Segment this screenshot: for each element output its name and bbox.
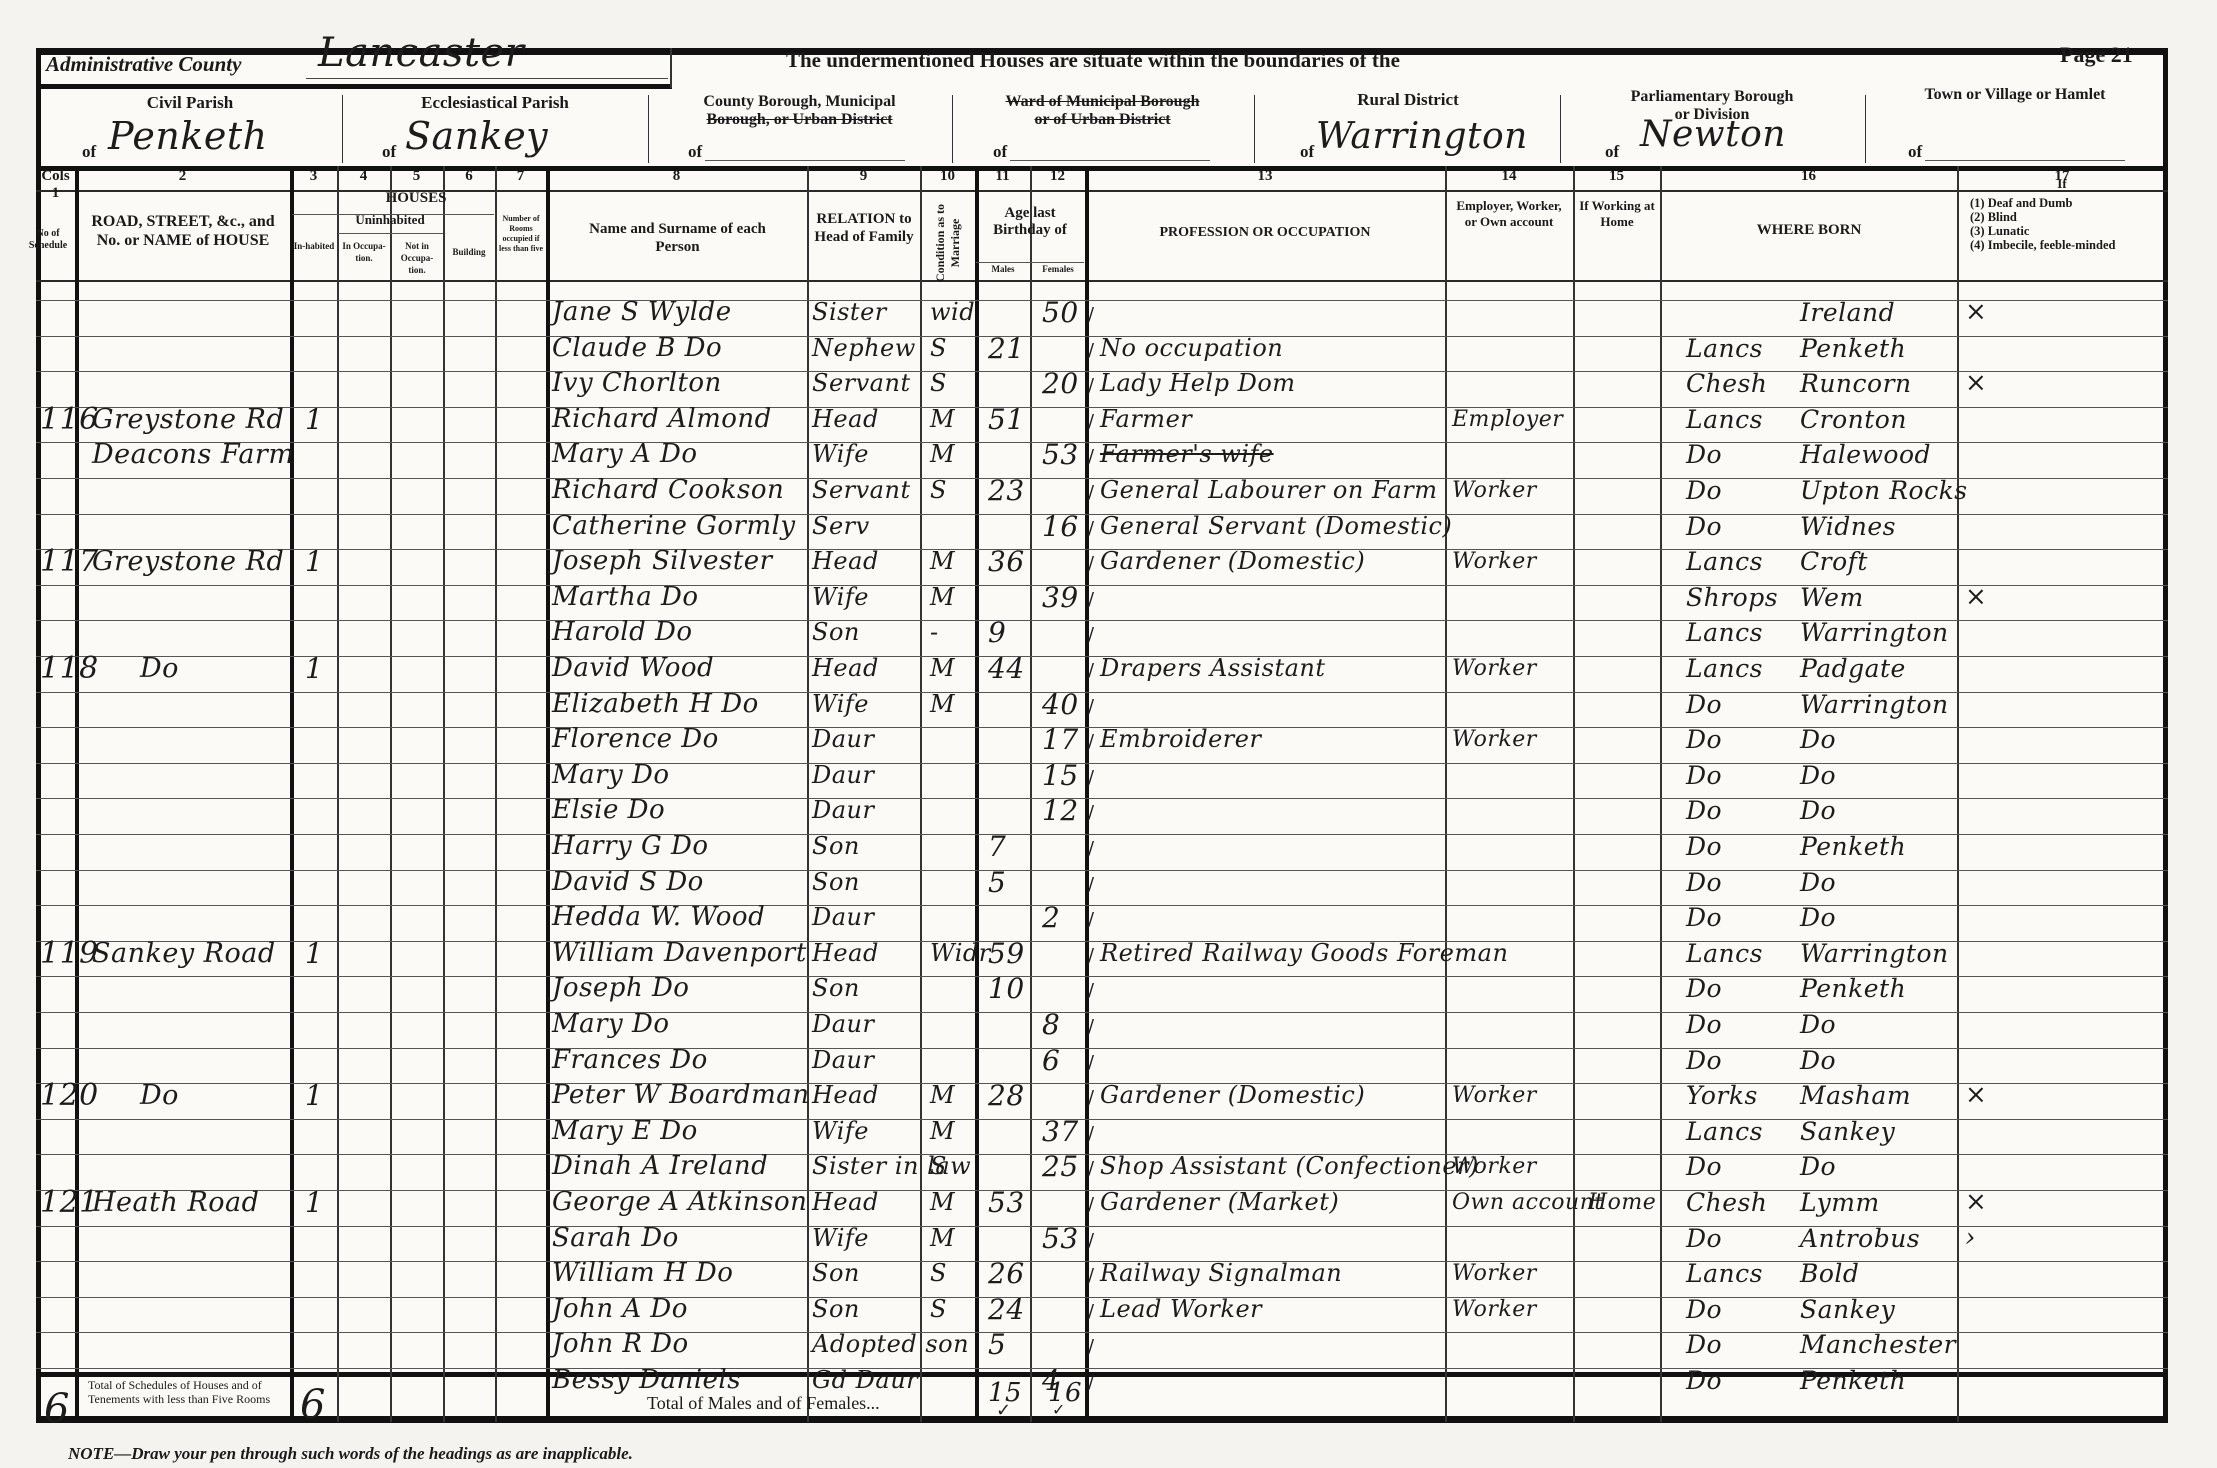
male-age: 23 xyxy=(988,474,1025,507)
birth-county: Do xyxy=(1686,901,1722,934)
marital-condition: M xyxy=(930,1222,955,1255)
person-name: Peter W Boardman xyxy=(552,1079,809,1112)
person-name: Mary Do xyxy=(552,759,670,792)
row-rule xyxy=(36,1012,2168,1013)
schedule-number: 119 xyxy=(40,937,99,970)
marital-condition: M xyxy=(930,581,955,614)
county-borough-label-line1: County Borough, Municipal xyxy=(703,93,895,110)
birth-county: Do xyxy=(1686,1293,1722,1326)
check-tick-icon: / xyxy=(1088,1010,1094,1043)
employment-status: Worker xyxy=(1452,545,1537,578)
birth-place: Penketh xyxy=(1800,830,1906,863)
person-name: Elsie Do xyxy=(552,794,665,827)
check-tick-icon: / xyxy=(1088,868,1094,901)
column-divider xyxy=(390,166,392,1422)
col-address-heading: ROAD, STREET, &c., and No. or NAME of HO… xyxy=(78,212,288,250)
check-tick-icon: / xyxy=(1088,298,1094,331)
working-at-home: Home xyxy=(1588,1186,1656,1219)
birth-place: Sankey xyxy=(1800,1293,1895,1326)
age-subrule xyxy=(976,262,1084,263)
birth-place: Warrington xyxy=(1800,688,1949,721)
occupation: Railway Signalman xyxy=(1100,1257,1342,1290)
col-where-born-heading: WHERE BORN xyxy=(1665,222,1953,239)
check-tick-icon: / xyxy=(1088,725,1094,758)
check-tick-icon: / xyxy=(1088,690,1094,723)
relation: Son xyxy=(812,1293,860,1326)
relation: Son xyxy=(812,1257,860,1290)
admin-county-underline xyxy=(306,78,668,79)
page-number: Page 21 xyxy=(2060,42,2133,68)
col-employment-heading: Employer, Worker, or Own account xyxy=(1450,198,1568,230)
person-name: David Wood xyxy=(552,652,714,685)
col-infirmity-heading: (1) Deaf and Dumb (2) Blind (3) Lunatic … xyxy=(1970,196,2160,252)
schedule-number: 118 xyxy=(40,652,99,685)
check-tick-icon: / xyxy=(1088,369,1094,402)
female-age: 12 xyxy=(1042,794,1079,827)
column-number: 15 xyxy=(1573,168,1660,185)
birth-county: Do xyxy=(1686,759,1722,792)
column-number: 16 xyxy=(1660,168,1957,185)
birth-place: Halewood xyxy=(1800,438,1931,471)
birth-place: Do xyxy=(1800,866,1836,899)
address: Do xyxy=(140,652,179,685)
person-name: Harry G Do xyxy=(552,830,709,863)
column-number: 4 xyxy=(337,168,390,185)
column-divider xyxy=(920,166,922,1422)
row-rule xyxy=(36,763,2168,764)
employment-status: Worker xyxy=(1452,652,1537,685)
column-number: 13 xyxy=(1085,168,1445,185)
footer-note: NOTE—Draw your pen through such words of… xyxy=(68,1444,633,1464)
check-tick-icon: / xyxy=(1088,476,1094,509)
ward-label-line2: or of Urban District xyxy=(1034,111,1170,128)
person-name: John R Do xyxy=(552,1328,689,1361)
header-title: The undermentioned Houses are situate wi… xyxy=(786,48,1400,73)
column-number: Cols 1 xyxy=(36,168,75,202)
column-number: 9 xyxy=(807,168,920,185)
male-age: 21 xyxy=(988,332,1025,365)
birth-county: Do xyxy=(1686,866,1722,899)
address: Heath Road xyxy=(92,1186,259,1219)
relation: Head xyxy=(812,1186,879,1219)
birth-county: Chesh xyxy=(1686,367,1767,400)
schedule-number: 116 xyxy=(40,403,99,436)
female-age: 53 xyxy=(1042,1222,1079,1255)
schedule-number: 120 xyxy=(40,1079,99,1112)
total-schedules-label: Total of Schedules of Houses and of Tene… xyxy=(88,1378,288,1406)
check-tick-icon: / xyxy=(1088,512,1094,545)
marital-condition: M xyxy=(930,1186,955,1219)
female-age: 37 xyxy=(1042,1115,1079,1148)
birth-place: Do xyxy=(1800,1044,1836,1077)
col-schedule-heading: No of Schedule xyxy=(22,228,74,252)
ecclesiastical-parish-label: Ecclesiastical Parish xyxy=(345,93,645,113)
check-tick-icon: / xyxy=(1088,440,1094,473)
col-rooms-heading: Number of Rooms occupied if less than fi… xyxy=(497,214,545,254)
male-age: 24 xyxy=(988,1293,1025,1326)
employment-status: Worker xyxy=(1452,723,1537,756)
birth-place: Penketh xyxy=(1800,1364,1906,1397)
person-name: Claude B Do xyxy=(552,332,722,365)
person-name: William Davenport xyxy=(552,937,807,970)
birth-place: Padgate xyxy=(1800,652,1906,685)
col-in-occupation-heading: In Occupa-tion. xyxy=(340,240,388,264)
person-name: Joseph Do xyxy=(552,972,689,1005)
marital-condition: M xyxy=(930,688,955,721)
col-infirmity-if: If xyxy=(1962,176,2162,192)
birth-place: Wem xyxy=(1800,581,1864,614)
ward-blank xyxy=(1010,160,1210,161)
ecclesiastical-parish-value: Sankey xyxy=(405,114,548,158)
column-divider xyxy=(546,166,550,1422)
marital-condition: M xyxy=(930,1115,955,1148)
relation: Daur xyxy=(812,759,874,792)
marital-condition: M xyxy=(930,403,955,436)
employment-status: Worker xyxy=(1452,1079,1537,1112)
divider xyxy=(1865,95,1866,163)
person-name: Mary A Do xyxy=(552,438,698,471)
infirmity-mark: × xyxy=(1965,367,1987,400)
employment-status: Worker xyxy=(1452,1150,1537,1183)
person-name: Sarah Do xyxy=(552,1222,679,1255)
birth-county: Do xyxy=(1686,688,1722,721)
col-inhabited-heading: In-habited xyxy=(292,240,336,252)
relation: Nephew xyxy=(812,332,916,365)
birth-county: Chesh xyxy=(1686,1186,1767,1219)
town-village-label: Town or Village or Hamlet xyxy=(1870,86,2160,104)
infirmity-option-4: (4) Imbecile, feeble-minded xyxy=(1970,238,2160,252)
female-age: 17 xyxy=(1042,723,1079,756)
relation: Son xyxy=(812,972,860,1005)
check-tick-icon: / xyxy=(1088,1295,1094,1328)
relation: Son xyxy=(812,866,860,899)
female-age: 40 xyxy=(1042,688,1079,721)
column-number: 5 xyxy=(390,168,443,185)
civil-parish-value: Penketh xyxy=(108,114,268,158)
check-tick-icon: / xyxy=(1088,832,1094,865)
col-females-heading: Females xyxy=(1031,264,1085,274)
person-name: Richard Cookson xyxy=(552,474,784,507)
column-number: 7 xyxy=(495,168,546,185)
employment-status: Worker xyxy=(1452,1293,1537,1326)
row-rule xyxy=(36,1048,2168,1049)
column-divider xyxy=(495,166,497,1422)
birth-place: Cronton xyxy=(1800,403,1907,436)
birth-county: Lancs xyxy=(1686,1115,1763,1148)
inhabited-count: 1 xyxy=(305,1079,323,1112)
relation: Daur xyxy=(812,1008,874,1041)
county-borough-label-line2: Borough, or Urban District xyxy=(706,111,892,128)
birth-place: Bold xyxy=(1800,1257,1859,1290)
ward-label: Ward of Municipal Boroughor of Urban Dis… xyxy=(955,93,1250,129)
relation: Daur xyxy=(812,901,874,934)
person-name: Richard Almond xyxy=(552,403,772,436)
female-age: 2 xyxy=(1042,901,1060,934)
inhabited-count: 1 xyxy=(305,403,323,436)
column-divider xyxy=(75,166,79,1422)
employment-status: Own account xyxy=(1452,1186,1604,1219)
column-number: 12 xyxy=(1030,168,1085,185)
total-persons-label: Total of Males and of Females... xyxy=(647,1393,880,1414)
marital-condition: M xyxy=(930,652,955,685)
birth-county: Lancs xyxy=(1686,332,1763,365)
civil-parish-label: Civil Parish xyxy=(40,93,340,113)
rural-district-label: Rural District xyxy=(1258,90,1558,110)
birth-county: Do xyxy=(1686,438,1722,471)
parliamentary-value: Newton xyxy=(1640,114,1786,155)
occupation: Drapers Assistant xyxy=(1100,652,1326,685)
col-uninhabited-heading: Uninhabited xyxy=(337,212,443,228)
person-name: Martha Do xyxy=(552,581,699,614)
birth-place: Sankey xyxy=(1800,1115,1895,1148)
address: Greystone Rd xyxy=(92,403,284,436)
relation: Adopted son xyxy=(812,1328,969,1361)
total-houses-value: 6 xyxy=(300,1382,326,1428)
birth-county: Do xyxy=(1686,723,1722,756)
check-tick-icon: / xyxy=(1088,1259,1094,1292)
col-relation-heading: RELATION to Head of Family xyxy=(812,210,916,246)
column-number: 2 xyxy=(75,168,290,185)
person-name: John A Do xyxy=(552,1293,688,1326)
birth-place: Penketh xyxy=(1800,332,1906,365)
ward-of: of xyxy=(993,142,1007,162)
birth-county: Do xyxy=(1686,1008,1722,1041)
occupation: Gardener (Market) xyxy=(1100,1186,1339,1219)
marital-condition: S xyxy=(930,1257,947,1290)
col-males-heading: Males xyxy=(976,264,1030,274)
relation: Head xyxy=(812,937,879,970)
person-name: Joseph Silvester xyxy=(552,545,773,578)
birth-county: Shrops xyxy=(1686,581,1778,614)
relation: Wife xyxy=(812,688,869,721)
col-at-home-heading: If Working at Home xyxy=(1578,198,1656,230)
occupation: Lady Help Dom xyxy=(1100,367,1296,400)
marital-condition: M xyxy=(930,545,955,578)
birth-county: Lancs xyxy=(1686,403,1763,436)
occupation: Retired Railway Goods Foreman xyxy=(1100,937,1508,970)
column-number: 6 xyxy=(443,168,495,185)
person-name: Hedda W. Wood xyxy=(552,901,765,934)
column-divider xyxy=(1573,166,1575,1422)
person-name: Ivy Chorlton xyxy=(552,367,722,400)
person-name: Elizabeth H Do xyxy=(552,688,759,721)
male-age: 51 xyxy=(988,403,1025,436)
divider xyxy=(952,95,953,163)
col-age-heading: Age last Birthday of xyxy=(978,205,1082,239)
column-divider xyxy=(1445,166,1447,1422)
infirmity-mark: × xyxy=(1965,296,1987,329)
column-divider xyxy=(1030,166,1032,1422)
marital-condition: M xyxy=(930,1079,955,1112)
marital-condition: S xyxy=(930,1293,947,1326)
birth-place: Do xyxy=(1800,901,1836,934)
county-borough-of: of xyxy=(688,142,702,162)
row-rule xyxy=(36,870,2168,871)
relation: Head xyxy=(812,403,879,436)
check-tick-icon: / xyxy=(1088,1117,1094,1150)
birth-place: Widnes xyxy=(1800,510,1896,543)
check-tick-icon: / xyxy=(1088,903,1094,936)
column-number: 3 xyxy=(290,168,337,185)
admin-county-box-side xyxy=(670,48,672,88)
relation: Daur xyxy=(812,794,874,827)
birth-county: Do xyxy=(1686,972,1722,1005)
birth-county: Do xyxy=(1686,474,1722,507)
relation: Serv xyxy=(812,510,870,543)
col-condition-heading: Condition as to Marriage xyxy=(933,201,963,285)
birth-place: Do xyxy=(1800,1150,1836,1183)
inhabited-count: 1 xyxy=(305,545,323,578)
male-age: 5 xyxy=(988,1328,1006,1361)
admin-county-box-bottom xyxy=(36,84,672,89)
males-check-mark: ✓ xyxy=(996,1400,1011,1421)
female-age: 39 xyxy=(1042,581,1079,614)
birth-place: Warrington xyxy=(1800,616,1949,649)
relation: Servant xyxy=(812,367,911,400)
inhabited-count: 1 xyxy=(305,652,323,685)
person-name: Dinah A Ireland xyxy=(552,1150,768,1183)
birth-county: Lancs xyxy=(1686,616,1763,649)
divider xyxy=(648,95,649,163)
parliamentary-of: of xyxy=(1605,142,1619,162)
county-borough-blank xyxy=(705,160,905,161)
town-village-blank xyxy=(1925,160,2125,161)
admin-county-label: Administrative County xyxy=(46,52,241,77)
col-occupation-heading: PROFESSION OR OCCUPATION xyxy=(1090,225,1440,241)
header-bottom-rule xyxy=(36,280,2168,282)
occupation: Embroiderer xyxy=(1100,723,1261,756)
total-schedules-value: 6 xyxy=(44,1386,70,1432)
birth-place: Manchester xyxy=(1800,1328,1956,1361)
occupation: General Labourer on Farm xyxy=(1100,474,1438,507)
female-age: 50 xyxy=(1042,296,1079,329)
male-age: 44 xyxy=(988,652,1025,685)
column-divider xyxy=(1957,166,1959,1422)
infirmity-mark: × xyxy=(1965,1079,1987,1112)
marital-condition: S xyxy=(930,1150,947,1183)
column-number: 10 xyxy=(920,168,975,185)
birth-county: Lancs xyxy=(1686,1257,1763,1290)
infirmity-mark: × xyxy=(1965,581,1987,614)
column-divider xyxy=(443,166,445,1422)
col-not-in-occupation-heading: Not in Occupa-tion. xyxy=(393,240,441,276)
check-tick-icon: / xyxy=(1088,974,1094,1007)
rural-district-of: of xyxy=(1300,142,1314,162)
birth-county: Do xyxy=(1686,1044,1722,1077)
relation: Son xyxy=(812,830,860,863)
check-tick-icon: / xyxy=(1088,583,1094,616)
birth-county: Do xyxy=(1686,1150,1722,1183)
address: Deacons Farm xyxy=(92,438,294,471)
occupation: Gardener (Domestic) xyxy=(1100,1079,1365,1112)
birth-place: Warrington xyxy=(1800,937,1949,970)
relation: Daur xyxy=(812,1044,874,1077)
relation: Sister in law xyxy=(812,1150,971,1183)
relation: Wife xyxy=(812,581,869,614)
inhabited-count: 1 xyxy=(305,937,323,970)
females-check-mark: ✓ xyxy=(1052,1400,1065,1419)
person-name: George A Atkinson xyxy=(552,1186,807,1219)
col-houses-heading: HOUSES xyxy=(337,190,495,207)
column-number: 11 xyxy=(975,168,1030,185)
col-name-heading: Name and Surname of each Person xyxy=(570,220,785,256)
person-name: William H Do xyxy=(552,1257,733,1290)
relation: Head xyxy=(812,1079,879,1112)
relation: Head xyxy=(812,545,879,578)
female-age: 6 xyxy=(1042,1044,1060,1077)
occupation: No occupation xyxy=(1100,332,1283,365)
female-age: 25 xyxy=(1042,1150,1079,1183)
column-number: 8 xyxy=(546,168,807,185)
check-tick-icon: / xyxy=(1088,405,1094,438)
schedule-number: 121 xyxy=(40,1186,99,1219)
birth-place: Do xyxy=(1800,794,1836,827)
birth-place: Ireland xyxy=(1800,296,1895,329)
birth-place: Do xyxy=(1800,723,1836,756)
birth-place: Penketh xyxy=(1800,972,1906,1005)
civil-parish-of: of xyxy=(82,142,96,162)
male-age: 59 xyxy=(988,937,1025,970)
check-tick-icon: / xyxy=(1088,334,1094,367)
column-divider xyxy=(807,166,809,1422)
person-name: Catherine Gormly xyxy=(552,510,796,543)
check-tick-icon: / xyxy=(1088,796,1094,829)
birth-place: Lymm xyxy=(1800,1186,1880,1219)
check-tick-icon: / xyxy=(1088,1152,1094,1185)
person-name: Florence Do xyxy=(552,723,719,756)
infirmity-option-1: (1) Deaf and Dumb xyxy=(1970,196,2160,210)
ward-label-line1: Ward of Municipal Borough xyxy=(1006,93,1200,110)
address: Greystone Rd xyxy=(92,545,284,578)
person-name: Mary Do xyxy=(552,1008,670,1041)
relation: Head xyxy=(812,652,879,685)
occupation: General Servant (Domestic) xyxy=(1100,510,1452,543)
male-age: 26 xyxy=(988,1257,1025,1290)
relation: Wife xyxy=(812,1115,869,1148)
birth-county: Lancs xyxy=(1686,545,1763,578)
occupation: Farmer xyxy=(1100,403,1192,436)
person-name: Mary E Do xyxy=(552,1115,698,1148)
uninhabited-subrule xyxy=(338,233,443,234)
column-divider xyxy=(337,166,339,1422)
birth-county: Lancs xyxy=(1686,652,1763,685)
address: Do xyxy=(140,1079,179,1112)
check-tick-icon: / xyxy=(1088,1224,1094,1257)
male-age: 28 xyxy=(988,1079,1025,1112)
occupation: Gardener (Domestic) xyxy=(1100,545,1365,578)
row-rule xyxy=(36,798,2168,799)
check-tick-icon: / xyxy=(1088,1366,1094,1399)
female-age: 8 xyxy=(1042,1008,1060,1041)
relation: Wife xyxy=(812,1222,869,1255)
birth-county: Do xyxy=(1686,1364,1722,1397)
column-divider xyxy=(975,166,979,1422)
relation: Daur xyxy=(812,723,874,756)
marital-condition: Widr xyxy=(930,937,991,970)
column-divider xyxy=(1660,166,1662,1422)
occupation: Lead Worker xyxy=(1100,1293,1262,1326)
birth-county: Lancs xyxy=(1686,937,1763,970)
birth-place: Antrobus xyxy=(1800,1222,1920,1255)
person-name: David S Do xyxy=(552,866,704,899)
male-age: 7 xyxy=(988,830,1006,863)
relation: Son xyxy=(812,616,860,649)
male-age: 36 xyxy=(988,545,1025,578)
check-tick-icon: / xyxy=(1088,939,1094,972)
female-age: 16 xyxy=(1042,510,1079,543)
rural-district-value: Warrington xyxy=(1316,116,1528,157)
employment-status: Employer xyxy=(1452,403,1563,436)
